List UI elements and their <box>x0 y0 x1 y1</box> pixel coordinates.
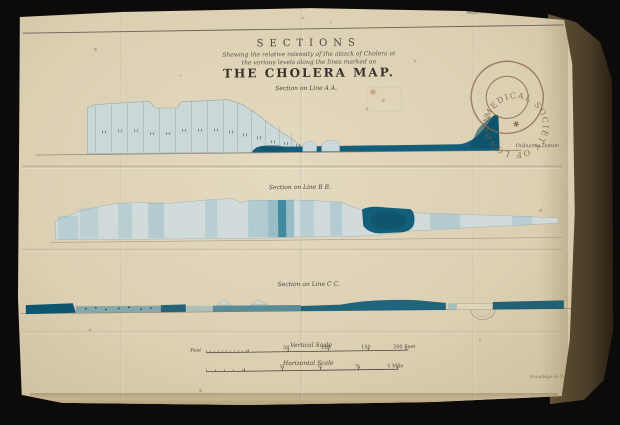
medical-society-stamp: MEDICAL SOCIETY OF LONDON ✱ <box>462 52 562 169</box>
horizontal-scale-tick: ¾ <box>355 364 360 370</box>
report-caption: Report on Cholera to the General Board o… <box>467 9 567 16</box>
section-bb-label: Section on Line B B. <box>240 184 360 192</box>
paper-sheet: MEDICAL SOCIETY OF LONDON ✱ Report on Ch… <box>0 0 620 425</box>
section-cc-profile <box>21 296 591 323</box>
section-bb-profile <box>50 196 562 243</box>
main-title: THE CHOLERA MAP. <box>189 65 429 81</box>
scanned-plate: MEDICAL SOCIETY OF LONDON ✱ Report on Ch… <box>0 0 620 425</box>
section-cc-label: Section on Line C C. <box>249 280 369 288</box>
horizontal-scale-title: Horizontal Scale <box>253 360 363 368</box>
vertical-scale-unit: Feet <box>190 348 201 354</box>
bleed-through-mark <box>367 87 401 111</box>
horizontal-scale-tick: ½ <box>317 364 322 370</box>
horizontal-scale-tick: ¼ <box>279 364 284 370</box>
plate-heading: SECTIONS <box>224 37 394 49</box>
vertical-scale-tick: 150 <box>361 344 371 350</box>
vertical-scale-title: Vertical Scale <box>256 341 366 349</box>
stamp-star-icon: ✱ <box>512 119 521 130</box>
vertical-scale-tick: 100 <box>321 345 331 351</box>
top-rule <box>23 25 564 33</box>
section-aa-profile <box>35 97 521 155</box>
ordnance-datum-label: Ordnance Datum <box>516 143 559 149</box>
vertical-scale-end-label: 200 Feet <box>393 344 415 350</box>
horizontal-scale-end-label: 1 Mile <box>387 363 403 369</box>
vertical-scale-tick: 50 <box>283 345 289 351</box>
section-aa-label: Section on Line A A. <box>246 84 366 92</box>
